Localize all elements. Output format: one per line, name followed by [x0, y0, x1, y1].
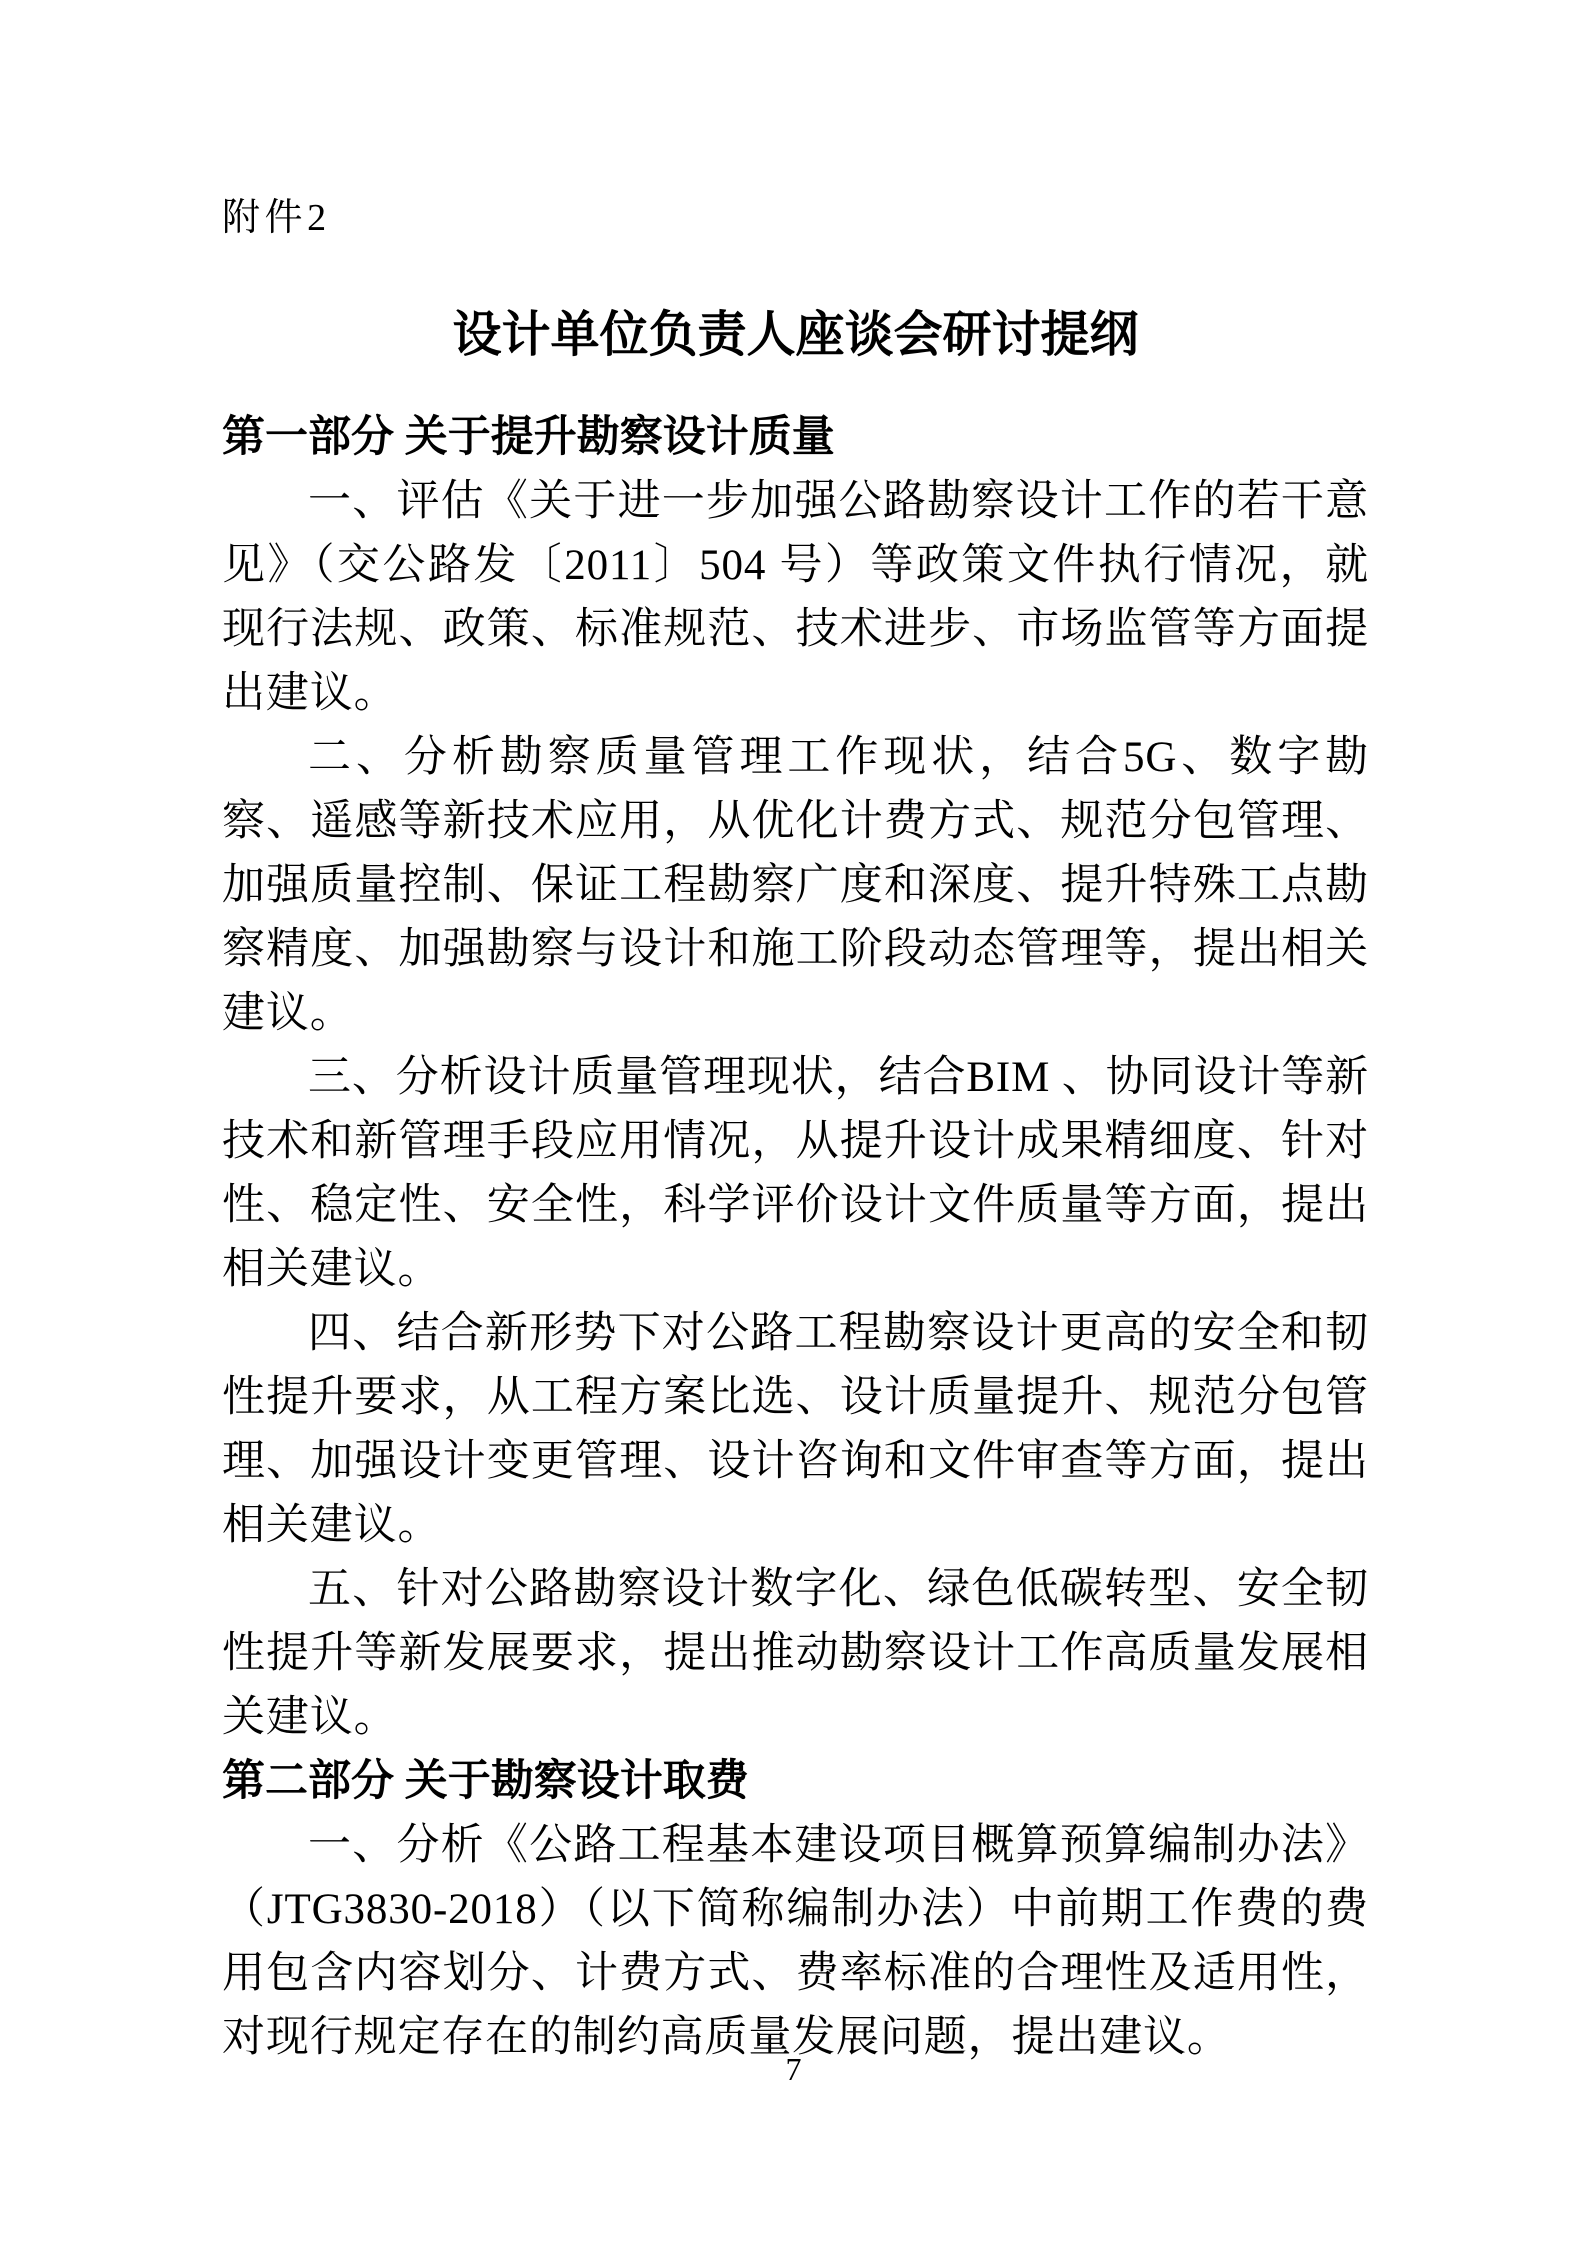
section-heading-2: 第二部分 关于勘察设计取费: [222, 1750, 1369, 1814]
section1-paragraph-5: 五、针对公路勘察设计数字化、绿色低碳转型、安全韧性提升等新发展要求，提出推动勘察…: [222, 1558, 1369, 1750]
document-page: 附件2 设计单位负责人座谈会研讨提纲 第一部分 关于提升勘察设计质量 一、评估《…: [0, 0, 1587, 2245]
section-heading-1: 第一部分 关于提升勘察设计质量: [222, 406, 1369, 470]
page-title: 设计单位负责人座谈会研讨提纲: [222, 306, 1369, 364]
page-number: 7: [0, 2051, 1587, 2087]
section1-paragraph-3: 三、分析设计质量管理现状，结合BIM 、协同设计等新技术和新管理手段应用情况，从…: [222, 1046, 1369, 1302]
section2-paragraph-1: 一、分析《公路工程基本建设项目概算预算编制办法》（JTG3830-2018）（以…: [222, 1814, 1369, 2070]
section1-paragraph-4: 四、结合新形势下对公路工程勘察设计更高的安全和韧性提升要求，从工程方案比选、设计…: [222, 1302, 1369, 1558]
section1-paragraph-1: 一、评估《关于进一步加强公路勘察设计工作的若干意见》（交公路发〔2011〕504…: [222, 470, 1369, 726]
section1-paragraph-2: 二、分析勘察质量管理工作现状，结合5G、数字勘察、遥感等新技术应用，从优化计费方…: [222, 726, 1369, 1046]
attachment-label: 附件2: [222, 196, 1369, 240]
